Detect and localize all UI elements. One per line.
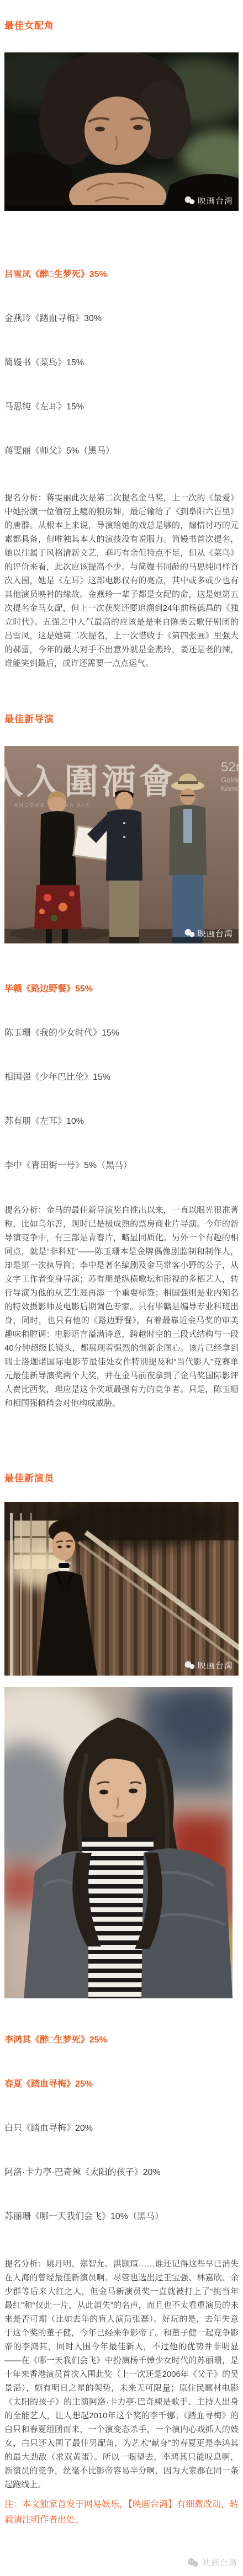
photo-watermark: 映画台湾 [184, 927, 233, 939]
section-heading-best-new-director: 最佳新导演 [4, 711, 239, 725]
photo-watermark-text: 映画台湾 [198, 195, 233, 206]
nominee-item: 李中《青田街一号》5%（黑马） [4, 1159, 239, 1172]
chat-bubbles-icon [184, 1661, 195, 1670]
nominee-item: 阿洛·卡力亭·巴奇辣《太阳的孩子》20% [4, 2166, 239, 2179]
section-heading-best-new-performer: 最佳新演员 [4, 1470, 239, 1484]
chat-bubbles-icon [184, 196, 195, 205]
nominee-item: 相国强《少年巴比伦》15% [4, 1071, 239, 1084]
photo-crying-woman[interactable]: 映画台湾 [4, 52, 239, 211]
nominee-item: 李鸿其《醉□生梦死》25% [4, 2034, 239, 2047]
photo-watermark: 映画台湾 [184, 195, 233, 206]
nominee-item: 马思纯《左耳》15% [4, 401, 239, 414]
reprint-note: 注：本文独家首发于网易娱乐，【映画台湾】有细微改动，转载请注明作者出处。 [4, 2497, 239, 2528]
nominee-item: 陈玉珊《我的少女时代》15% [4, 1027, 239, 1040]
photo-watermark-text: 映画台湾 [198, 927, 233, 939]
nominee-item: 白只《踏血寻梅》20% [4, 2122, 239, 2135]
photo-crying-woman-art [4, 52, 239, 211]
nominee-item: 苏有朋《左耳》10% [4, 1115, 239, 1128]
brand-watermark-text: 映画台湾 [202, 2557, 237, 2568]
nominee-item: 金燕玲《踏血寻梅》30% [4, 312, 239, 326]
photo-young-woman-street-art [4, 1687, 233, 1998]
photo-man-in-tuxedo-art [4, 1502, 239, 1676]
svg-text:入圍酒會: 入圍酒會 [27, 763, 177, 801]
photo-watermark-text: 映画台湾 [198, 1660, 233, 1671]
svg-text:入: 入 [4, 763, 27, 801]
nominee-item: 蒋雯丽《师父》5%（黑马） [4, 445, 239, 458]
article-page: 最佳女配角 [0, 0, 243, 2576]
photo-watermark: 映画台湾 [184, 1660, 233, 1671]
photo-award-ceremony[interactable]: 入 入圍酒會 52nd Golde Nomi ANCÔME KI EVA AIR [4, 746, 239, 943]
chat-bubbles-icon [187, 2558, 199, 2568]
analysis-paragraph: 提名分析：姚月明、郑智允、洪颢瑄……谁还记得这些早已消失在人海的曾经最佳新演员啊… [4, 2257, 239, 2492]
svg-text:52nd: 52nd [221, 760, 239, 775]
chat-bubbles-icon [184, 929, 195, 938]
photo-award-ceremony-art: 入 入圍酒會 52nd Golde Nomi ANCÔME KI EVA AIR [4, 746, 239, 943]
nominee-item: 苏丽珊《哪一天我们会飞》10%（黑马） [4, 2210, 239, 2223]
svg-text:Nomi: Nomi [221, 785, 237, 793]
nominee-item: 吕雪凤《醉□生梦死》35% [4, 268, 239, 281]
analysis-paragraph: 提名分析：蒋雯丽此次是第二次提名金马奖，上一次的《最爱》中她扮演一位偷窃上瘾的粮… [4, 491, 239, 670]
nominee-item: 春夏《踏血寻梅》25% [4, 2078, 239, 2091]
nominee-item: 毕赣《路边野餐》55% [4, 983, 239, 996]
brand-watermark: 映画台湾 [187, 2557, 237, 2568]
analysis-paragraph: 提名分析：金马的最佳新导演奖自推出以来，一直以眼光很准著称，比如乌尔善，现时已是… [4, 1203, 239, 1410]
nominee-item: 简嫚书《菜鸟》15% [4, 356, 239, 370]
svg-text:Golde: Golde [221, 776, 239, 784]
section-heading-best-supporting-actress: 最佳女配角 [4, 18, 239, 31]
photo-man-in-tuxedo[interactable]: 映画台湾 [4, 1502, 239, 1676]
photo-young-woman-street[interactable] [4, 1687, 233, 1998]
